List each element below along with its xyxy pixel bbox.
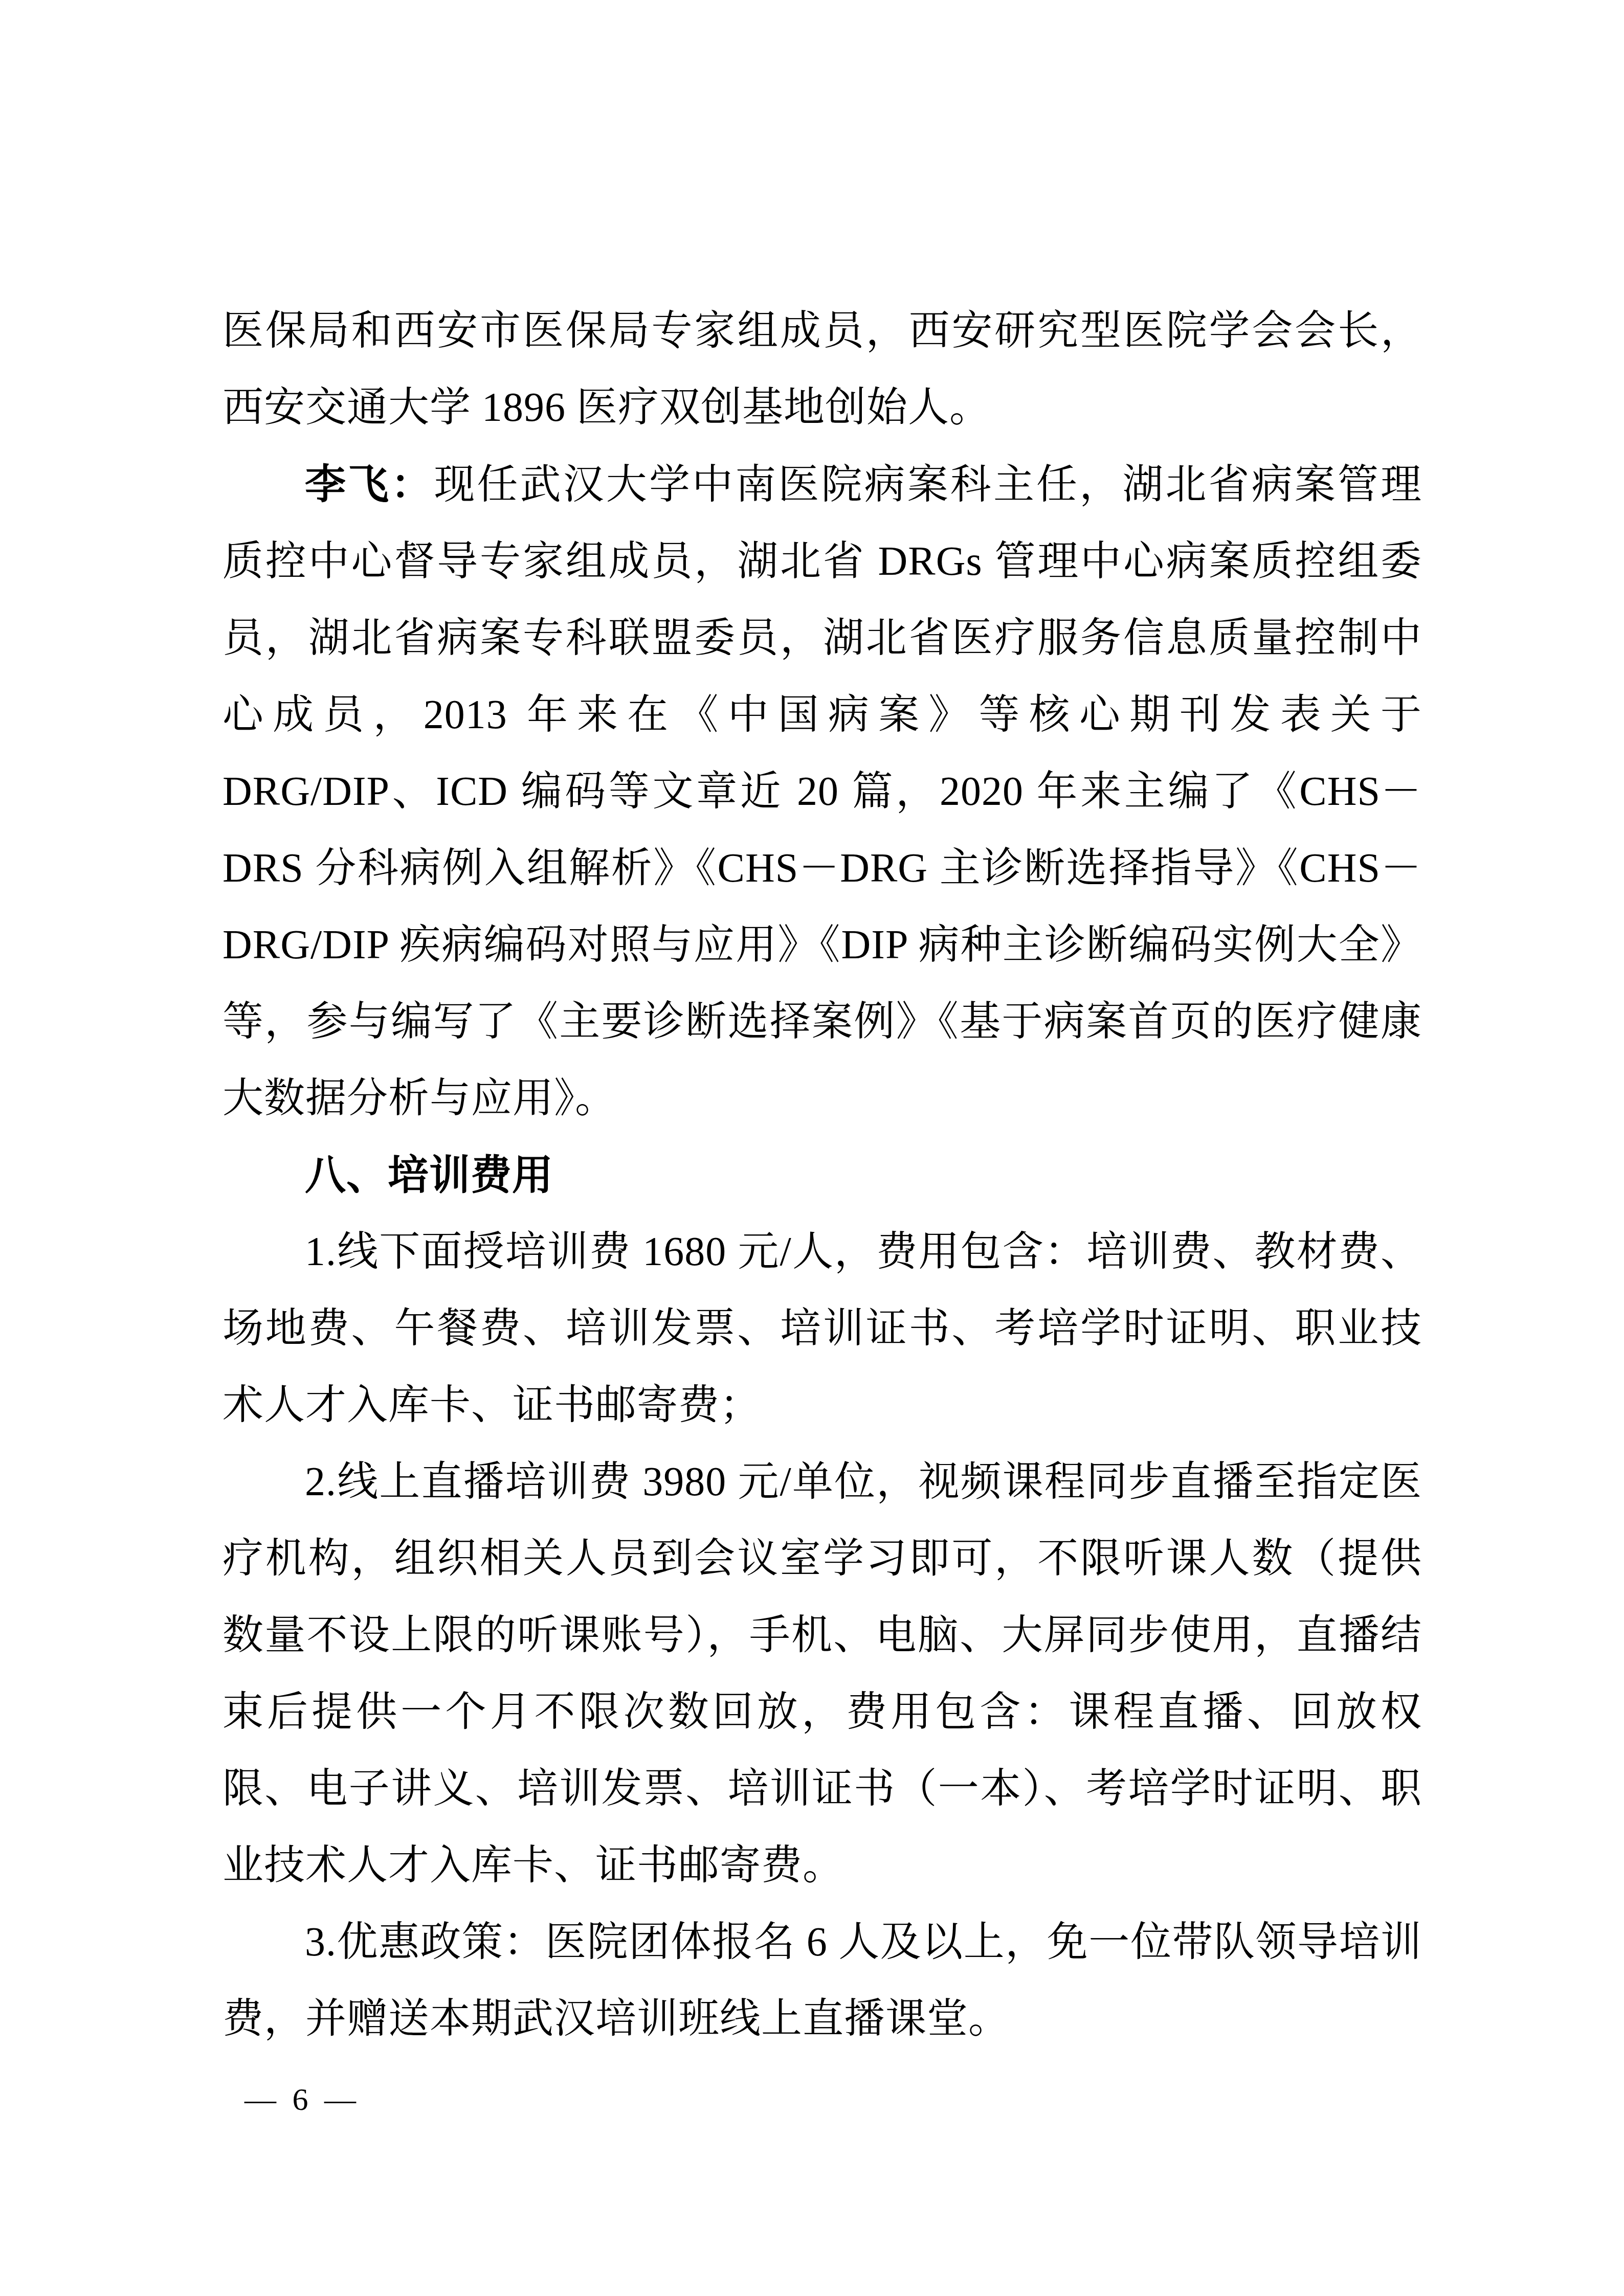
page-number: — 6 — xyxy=(244,2080,360,2119)
paragraph-expert-lifei: 李飞：现任武汉大学中南医院病案科主任，湖北省病案管理质控中心督导专家组成员，湖北… xyxy=(223,446,1422,1137)
section-heading-training-fees: 八、培训费用 xyxy=(223,1137,1422,1213)
paragraph-bio-continuation: 医保局和西安市医保局专家组成员，西安研究型医院学会会长，西安交通大学 1896 … xyxy=(223,292,1422,446)
paragraph-online-fee: 2.线上直播培训费 3980 元/单位，视频课程同步直播至指定医疗机构，组织相关… xyxy=(223,1444,1422,1904)
document-page: 医保局和西安市医保局专家组成员，西安研究型医院学会会长，西安交通大学 1896 … xyxy=(0,0,1624,2296)
document-body: 医保局和西安市医保局专家组成员，西安研究型医院学会会长，西安交通大学 1896 … xyxy=(223,292,1422,2057)
expert-name-lifei: 李飞： xyxy=(305,461,434,507)
paragraph-discount-policy: 3.优惠政策：医院团体报名 6 人及以上，免一位带队领导培训费，并赠送本期武汉培… xyxy=(223,1904,1422,2057)
paragraph-offline-fee: 1.线下面授培训费 1680 元/人，费用包含：培训费、教材费、场地费、午餐费、… xyxy=(223,1213,1422,1444)
expert-lifei-bio-text: 现任武汉大学中南医院病案科主任，湖北省病案管理质控中心督导专家组成员，湖北省 D… xyxy=(223,462,1422,1121)
